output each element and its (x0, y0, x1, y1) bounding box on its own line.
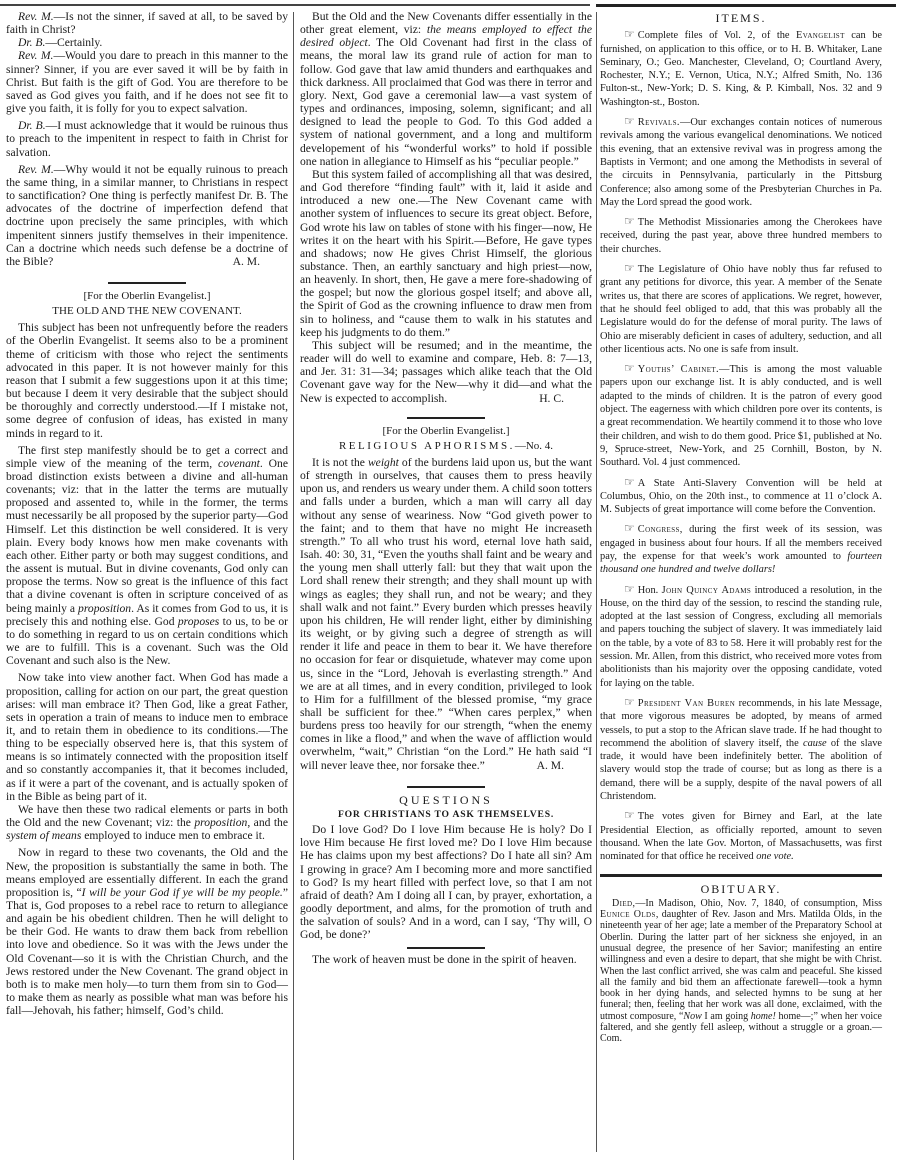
dialogue-line: Rev. M.—Why would it not be equally ruin… (6, 163, 288, 268)
article-source: [For the Oberlin Evangelist.] (300, 425, 592, 438)
pointing-hand-icon: ☞ (612, 809, 635, 822)
signature: H. C. (527, 392, 592, 405)
paragraph: This subject will be resumed; and in the… (300, 339, 592, 405)
column-divider-left (293, 12, 294, 1160)
item: ☞The Legislature of Ohio have nobly thus… (600, 262, 882, 356)
closing-line: The work of heaven must be done in the s… (300, 953, 592, 966)
left-column: Rev. M.—Is not the sinner, if saved at a… (6, 10, 288, 1017)
right-column: ITEMS. ☞Complete files of Vol. 2, of the… (600, 10, 882, 1045)
signature: A. M. (525, 759, 592, 772)
pointing-hand-icon: ☞ (612, 696, 635, 709)
pointing-hand-icon: ☞ (612, 476, 635, 489)
section-divider (407, 786, 485, 788)
pointing-hand-icon: ☞ (612, 115, 635, 128)
dialogue-line: Rev. M.—Is not the sinner, if saved at a… (6, 10, 288, 36)
section-divider (600, 874, 882, 877)
items-title: ITEMS. (600, 12, 882, 25)
pointing-hand-icon: ☞ (612, 583, 635, 596)
paragraph: We have then these two radical elements … (6, 803, 288, 842)
paragraph: But the Old and the New Covenants differ… (300, 10, 592, 168)
top-rule-right (596, 4, 896, 7)
paragraph: This subject has been not unfrequently b… (6, 321, 288, 439)
paragraph: It is not the weight of the burdens laid… (300, 456, 592, 772)
item: ☞Complete files of Vol. 2, of the Evange… (600, 28, 882, 109)
item: ☞Hon. John Quincy Adams introduced a res… (600, 583, 882, 690)
paragraph: The first step manifestly should be to g… (6, 444, 288, 668)
pointing-hand-icon: ☞ (612, 522, 635, 535)
item: ☞The Methodist Missionaries among the Ch… (600, 215, 882, 256)
covenant-article-continued: But the Old and the New Covenants differ… (300, 10, 592, 405)
article-subtitle: FOR CHRISTIANS TO ASK THEMSELVES. (300, 808, 592, 821)
signature: A. M. (221, 255, 288, 268)
item: ☞A State Anti-Slavery Convention will be… (600, 476, 882, 517)
item: ☞The votes given for Birney and Earl, at… (600, 809, 882, 863)
dialogue-line: Dr. B.—I must acknowledge that it would … (6, 119, 288, 158)
article-title: THE OLD AND THE NEW COVENANT. (6, 305, 288, 318)
item: ☞Revivals.—Our exchanges contain notices… (600, 115, 882, 209)
middle-column: But the Old and the New Covenants differ… (300, 10, 592, 967)
newspaper-page: Rev. M.—Is not the sinner, if saved at a… (0, 0, 900, 1166)
questions-article: QUESTIONS FOR CHRISTIANS TO ASK THEMSELV… (300, 794, 592, 942)
column-divider-right (596, 12, 597, 1152)
article-source: [For the Oberlin Evangelist.] (6, 290, 288, 303)
pointing-hand-icon: ☞ (612, 28, 635, 41)
paragraph: But this system failed of accomplishing … (300, 168, 592, 339)
dialogue-line: Rev. M.—Would you dare to preach in this… (6, 49, 288, 115)
obituary: OBITUARY. Died,—In Madison, Ohio, Nov. 7… (600, 883, 882, 1045)
covenant-article: [For the Oberlin Evangelist.] THE OLD AN… (6, 290, 288, 1017)
item: ☞Congress, during the first week of its … (600, 522, 882, 576)
article-title: QUESTIONS (300, 794, 592, 807)
dialogue-line: Dr. B.—Certainly. (6, 36, 288, 49)
obituary-text: Died,—In Madison, Ohio, Nov. 7, 1840, of… (600, 898, 882, 1045)
pointing-hand-icon: ☞ (612, 362, 635, 375)
aphorisms-article: [For the Oberlin Evangelist.] RELIGIOUS … (300, 425, 592, 772)
article-title: RELIGIOUS APHORISMS.—No. 4. (300, 440, 592, 453)
section-divider (108, 282, 186, 284)
section-divider (407, 947, 485, 949)
item: ☞President Van Buren recommends, in his … (600, 696, 882, 803)
pointing-hand-icon: ☞ (612, 215, 635, 228)
item: ☞Youths’ Cabinet.—This is among the most… (600, 362, 882, 469)
section-divider (407, 417, 485, 419)
paragraph: Do I love God? Do I love Him because He … (300, 823, 592, 941)
obituary-title: OBITUARY. (600, 883, 882, 896)
pointing-hand-icon: ☞ (612, 262, 635, 275)
paragraph: Now take into view another fact. When Go… (6, 671, 288, 803)
dialogue: Rev. M.—Is not the sinner, if saved at a… (6, 10, 288, 268)
top-rule (0, 4, 590, 6)
paragraph: Now in regard to these two covenants, th… (6, 846, 288, 1017)
